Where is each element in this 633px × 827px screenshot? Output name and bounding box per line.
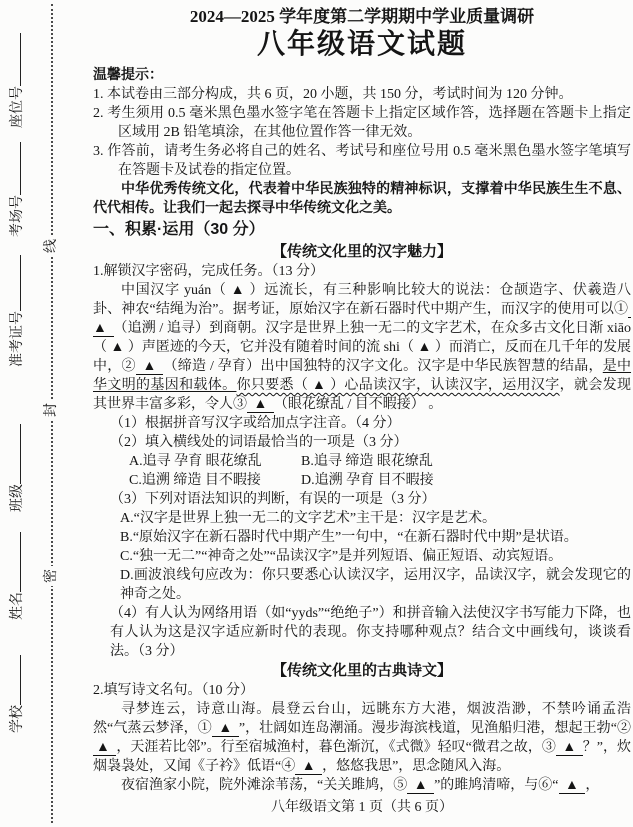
field-name: 姓名 bbox=[8, 528, 26, 620]
option-row-cd: C.追溯 缔造 目不暇接D.追溯 孕育 目不暇接 bbox=[93, 471, 631, 490]
field-name-blank bbox=[8, 532, 21, 592]
grammar-option-b: B.“原始汉字在新石器时代中期产生”一句中，“在新石器时代中期”是状语。 bbox=[93, 528, 631, 547]
grammar-option-a: A.“汉字是世界上独一无二的文字艺术”主干是：汉字是艺术。 bbox=[93, 509, 631, 528]
seal-char-mi: 密 bbox=[42, 566, 62, 586]
option-row-ab: A.追寻 孕育 眼花缭乱B.追寻 缔造 眼花缭乱 bbox=[93, 452, 631, 471]
poem-blank-6: ▲ bbox=[559, 778, 586, 794]
exam-content: 2024—2025 学年度第二学期期中学业质量调研 八年级语文试题 温馨提示： … bbox=[93, 6, 631, 795]
field-seat-number: 座位号 bbox=[8, 28, 26, 128]
field-class-label: 班级 bbox=[10, 484, 25, 512]
notice-item-1: 1. 本试卷由三部分构成，共 6 页，20 小题，共 150 分，考试时间为 1… bbox=[93, 85, 631, 104]
field-seat-number-blank bbox=[8, 33, 21, 86]
notice-heading: 温馨提示： bbox=[93, 66, 631, 85]
grammar-option-d: D.画波浪线句应改为：你只要悉心认读汉字，运用汉字，品读汉字，就会发现它的神奇之… bbox=[93, 566, 631, 604]
option-c: C.追溯 缔造 目不暇接 bbox=[129, 471, 301, 490]
field-school: 学校 bbox=[8, 651, 26, 733]
banner-hanzi-charm: 【传统文化里的汉字魅力】 bbox=[93, 242, 631, 262]
field-school-label: 学校 bbox=[10, 705, 25, 733]
fill-blank-2: ▲ bbox=[136, 359, 164, 375]
poem-segment: 夜宿渔家小院，院外滩涂苇荡，“关关雎鸠，⑤ bbox=[121, 778, 407, 793]
poem-paragraph-2: 夜宿渔家小院，院外滩涂苇荡，“关关雎鸠，⑤ ▲ ”的雎鸠清啼，与⑥“ ▲ ， bbox=[93, 776, 631, 795]
banner-classical-poetry: 【传统文化里的古典诗文】 bbox=[93, 661, 631, 681]
notice-item-3: 3. 作答前，请考生务必将自己的姓名、考试号和座位号用 0.5 毫米黑色墨水签字… bbox=[93, 142, 631, 180]
field-room-number-label: 考场号 bbox=[10, 195, 25, 237]
question2-lead: 2.填写诗文名句。（10 分） bbox=[93, 681, 631, 700]
field-ticket-number: 准考证号 bbox=[8, 249, 26, 367]
poem-blank-4: ▲ bbox=[295, 759, 322, 775]
passage-segment: （眼花缭乱 / 目不暇接） 。 bbox=[274, 397, 442, 412]
field-class: 班级 bbox=[8, 420, 26, 512]
poem-blank-3: ▲ bbox=[556, 740, 583, 756]
poem-paragraph-1: 寻梦连云，诗意山海。晨登云台山，远眺东方大港，烟波浩渺，不禁吟诵孟浩然“气蒸云梦… bbox=[93, 700, 631, 776]
exam-paper-page: 线 封 密 座位号 考场号 准考证号 班级 姓名 学校 2024—2025 学年… bbox=[0, 0, 633, 827]
grammar-option-c: C.“独一无二”“神奇之处”“品读汉字”是并列短语、偏正短语、动宾短语。 bbox=[93, 547, 631, 566]
sub-question-4: （4）有人认为网络用语（如“yyds”“绝绝子”）和拼音输入法使汉字书写能力下降… bbox=[93, 604, 631, 661]
field-seat-number-label: 座位号 bbox=[10, 86, 25, 128]
fill-blank-3: ▲ bbox=[247, 397, 274, 413]
seal-char-feng: 封 bbox=[42, 400, 62, 420]
poem-blank-5: ▲ bbox=[407, 778, 434, 794]
option-d: D.追溯 孕育 目不暇接 bbox=[301, 473, 434, 488]
sub-question-3: （3）下列对语法知识的判断，有误的一项是（3 分） bbox=[93, 490, 631, 509]
wavy-underlined-sentence: 你只要悉（ ▲ ）心品读汉字，认读汉字，运用汉字 bbox=[236, 378, 559, 393]
sub-question-2: （2）填入横线处的词语最恰当的一项是（3 分） bbox=[93, 433, 631, 452]
poem-segment: ”的雎鸠清啼，与⑥“ bbox=[434, 778, 558, 793]
poem-segment: ”，壮阔如连岛潮涌。漫步海滨栈道，见渔船归港，想起王勃“② bbox=[239, 721, 631, 736]
poem-blank-1: ▲ bbox=[212, 721, 239, 737]
page-footer: 八年级语文第 1 页（共 6 页） bbox=[93, 796, 631, 816]
question1-passage: 中国汉字 yuán（ ▲ ）远流长，有三种影响比较大的说法：仓颉造字、伏羲造八卦… bbox=[93, 281, 631, 414]
option-a: A.追寻 孕育 眼花缭乱 bbox=[129, 452, 301, 471]
notice-item-2: 2. 考生须用 0.5 毫米黑色墨水签字笔在答题卡上指定区域作答，选择题在答题卡… bbox=[93, 104, 631, 142]
poem-segment: ，天涯若比邻”。行至宿城渔村，暮色渐沉，《式微》轻叹“微君之故，③ bbox=[116, 740, 556, 755]
section1-heading: 一、积累·运用（30 分） bbox=[93, 219, 631, 241]
poem-segment: ， bbox=[585, 778, 599, 793]
field-school-blank bbox=[8, 655, 21, 705]
question1-lead: 1.解锁汉字密码，完成任务。（13 分） bbox=[93, 262, 631, 281]
field-class-blank bbox=[8, 424, 21, 484]
passage-segment: （缔造 / 孕育）出中国独特的汉字文化。汉字是中华民族智慧的结晶， bbox=[163, 359, 602, 374]
seal-char-xian: 线 bbox=[42, 236, 62, 256]
poem-segment: ，悠悠我思”，思念随风入海。 bbox=[322, 759, 510, 774]
field-name-label: 姓名 bbox=[10, 592, 25, 620]
field-room-number-blank bbox=[8, 142, 21, 195]
exam-title: 八年级语文试题 bbox=[93, 28, 631, 62]
sub-question-1: （1）根据拼音写汉字或给加点字注音。（4 分） bbox=[93, 414, 631, 433]
field-room-number: 考场号 bbox=[8, 137, 26, 237]
exam-header: 2024—2025 学年度第二学期期中学业质量调研 bbox=[93, 6, 631, 28]
option-b: B.追寻 缔造 眼花缭乱 bbox=[301, 454, 433, 469]
field-ticket-number-label: 准考证号 bbox=[10, 311, 25, 367]
intro-paragraph: 中华优秀传统文化，代表着中华民族独特的精神标识，支撑着中华民族生生不息、代代相传… bbox=[93, 180, 631, 218]
passage-segment: 中国汉字 yuán（ ▲ ）远流长，有三种影响比较大的说法：仓颉造字、伏羲造八卦… bbox=[93, 283, 631, 317]
field-ticket-number-blank bbox=[8, 255, 21, 311]
poem-blank-2: ▲ bbox=[93, 740, 116, 756]
